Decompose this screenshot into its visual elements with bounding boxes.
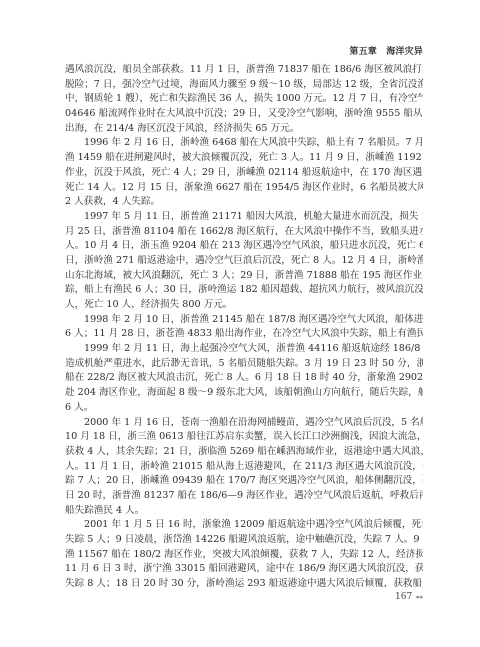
- text-line: 脱险；7 日，强冷空气过境，海面风力骤至 9 级～10 级，局部达 12 级，全…: [65, 78, 423, 93]
- text-line: 死亡 14 人。12 月 15 日，浙象渔 6627 船在 1954/5 海区作…: [65, 181, 423, 196]
- text-line: 11 月 6 日 3 时，浙宁渔 33015 船回港避风，途中在 186/9 海…: [65, 562, 423, 577]
- text-line: 遇风浪沉没，船员全部获救。11 月 1 日，浙普渔 71837 船在 186/6…: [65, 63, 423, 78]
- text-line: 6 人。: [65, 401, 423, 416]
- paragraph-first-line: 1997 年 5 月 11 日，浙普渔 21171 船因大风浪，机舱大量进水而沉…: [65, 210, 423, 225]
- text-line: 失踪 8 人；18 日 20 时 30 分，浙岭渔运 293 船返港途中遇大风浪…: [65, 577, 423, 592]
- text-line: 6 人；11 月 28 日，浙苍渔 4833 船出海作业，在冷空气大风浪中失踪，…: [65, 327, 423, 342]
- text-line: 人。10 月 4 日，浙玉渔 9204 船在 213 海区遇冷空气风浪，船只进水…: [65, 239, 423, 254]
- text-line: 作业，沉没于风浪，死亡 4 人；29 日，浙嵊渔 02114 船返航途中，在 1…: [65, 166, 423, 181]
- text-line: 出海，在 214/4 海区沉没于风浪，经济损失 65 万元。: [65, 122, 423, 137]
- text-line: 船失踪渔民 4 人。: [65, 504, 423, 519]
- paragraph-first-line: 2000 年 1 月 16 日，苍南一渔船在沿海网捕鳗苗，遇冷空气风浪后沉没，5…: [65, 416, 423, 431]
- page-footer: 167◂◂: [395, 592, 422, 602]
- paragraph-first-line: 2001 年 1 月 5 日 16 时，浙象渔 12009 船返航途中遇冷空气风…: [65, 518, 423, 533]
- text-line: 造成机舱严重进水，此后渺无音讯，5 名船员随船失踪。3 月 19 日 23 时 …: [65, 357, 423, 372]
- text-line: 渔 1459 船在进闸避风时，被大浪倾覆沉没，死亡 3 人。11 月 9 日，浙…: [65, 151, 423, 166]
- text-line: 中，钢质轮 1 艘），死亡和失踪渔民 36 人，损失 1000 万元。12 月 …: [65, 92, 423, 107]
- running-header: 第五章 海洋灾异: [340, 44, 423, 57]
- body-text: 遇风浪沉没，船员全部获救。11 月 1 日，浙普渔 71837 船在 186/6…: [65, 63, 423, 592]
- page-number: 167: [395, 592, 412, 602]
- text-line: 赴 204 海区作业，海面起 8 级～9 级东北大风，该船朝渔山方向航行，随后失…: [65, 386, 423, 401]
- text-line: 04646 船流网作业时在大风浪中沉没；29 日，又受冷空气影响，浙岭渔 955…: [65, 107, 423, 122]
- text-line: 人，死亡 10 人，经济损失 800 万元。: [65, 298, 423, 313]
- text-line: 10 月 18 日，浙三渔 0613 船往江苏启东卖蟹，误入长江口沙洲搁浅，因浪…: [65, 430, 423, 445]
- text-line: 日，浙岭渔 271 船返港途中，遇冷空气巨浪后沉没，死亡 8 人。12 月 4 …: [65, 254, 423, 269]
- text-line: 日 20 时，浙普渔 81237 船在 186/6—9 海区作业，遇冷空气风浪后…: [65, 489, 423, 504]
- text-line: 船在 228/2 海区被大风浪击沉，死亡 8 人。6 月 18 日 18 时 4…: [65, 371, 423, 386]
- text-line: 渔 11567 船在 180/2 海区作业，突被大风浪倾覆，获救 7 人，失踪 …: [65, 548, 423, 563]
- page-mark-icon: ◂◂: [415, 593, 422, 601]
- text-line: 失踪 5 人；9 日凌晨，浙岱渔 14226 船避风浪返航，途中触礁沉没，失踪 …: [65, 533, 423, 548]
- text-line: 月 25 日，浙普渔 81104 船在 1662/8 海区航行，在大风浪中操作不…: [65, 225, 423, 240]
- paragraph-first-line: 1998 年 2 月 10 日，浙普渔 21145 船在 187/8 海区遇冷空…: [65, 313, 423, 328]
- text-line: 踪，船上有渔民 6 人；30 日，浙岭渔运 182 船因超载、超抗风力航行，被风…: [65, 283, 423, 298]
- text-line: 人。11 月 1 日，浙岭渔 21015 船从海上返港避风，在 211/3 海区…: [65, 460, 423, 475]
- text-line: 山东北海域，被大风浪翻沉，死亡 3 人；29 日，浙普渔 71888 船在 19…: [65, 269, 423, 284]
- paragraph-first-line: 1996 年 2 月 16 日，浙岭渔 6468 船在大风浪中失踪，船上有 7 …: [65, 136, 423, 151]
- text-line: 获救 4 人，其余失踪；21 日，浙临渔 5269 船在嵊泗海域作业，返港途中遇…: [65, 445, 423, 460]
- paragraph-first-line: 1999 年 2 月 11 日，海上起强冷空气大风，浙普渔 44116 船返航途…: [65, 342, 423, 357]
- text-line: 2 人获救，4 人失踪。: [65, 195, 423, 210]
- text-line: 踪 7 人；20 日，浙嵊渔 09439 船在 170/7 海区突遇冷空气风浪，…: [65, 474, 423, 489]
